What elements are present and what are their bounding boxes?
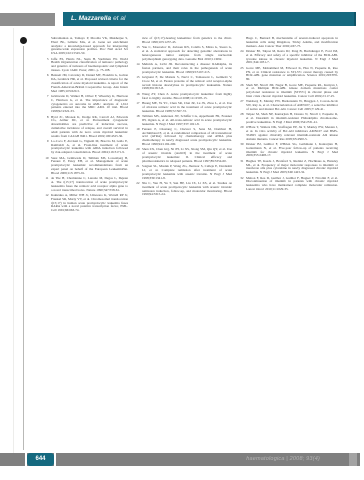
- reference-entry: Subramanian A, Tamayo P, Mootha VK, Mukh…: [42, 37, 128, 56]
- reference-number: 13: [133, 46, 141, 50]
- reference-text: Lo-Coco F, Avvisati G, Vignetti M, Brecc…: [51, 139, 128, 154]
- reference-entry: 26Shah NP, Nicoll JM, Nagar B, Gorre ME,…: [237, 84, 338, 99]
- reference-entry: 14Melnick A, Licht JD. Deconstructing a …: [133, 63, 232, 74]
- reference-number: 28: [237, 113, 245, 117]
- reference-text: Niu C, Yan H, Yu T, Sun HP, Liu JX, Li X…: [142, 181, 232, 196]
- references-column-1: Subramanian A, Tamayo P, Mootha VK, Mukh…: [42, 37, 128, 215]
- reference-number: 22: [133, 182, 141, 186]
- footer-journal-line: haematologica | 2008; 93(4): [246, 453, 320, 466]
- reference-text: Wang ZY, Chen Z. Acute promyelocytic leu…: [142, 92, 232, 100]
- reference-text: Mahon F, Rea D, Guilhot J, Guilhot F, Hu…: [246, 176, 338, 191]
- reference-text: Sanz MA, Grimwade D, Tallman MS, Lowenbe…: [51, 156, 128, 175]
- running-head-bar: L. Mazzarellaet al: [63, 12, 356, 26]
- reference-entry: 16Wang ZY, Chen Z. Acute promyelocytic l…: [133, 93, 232, 101]
- reference-number: 30: [237, 143, 245, 147]
- reference-number: 5: [42, 58, 50, 62]
- reference-entry: 24Druker BJ, Talpaz M, Resta DJ, Peng B,…: [237, 50, 338, 65]
- reference-text: Gorre ME, Mohammed M, Ellwood K, Hsu N, …: [246, 66, 338, 81]
- reference-number: 25: [237, 67, 245, 71]
- reference-number: 29: [237, 126, 245, 130]
- header-gray-tab: [0, 13, 55, 26]
- reference-entry: 27Weisberg E, Manley PW, Breitenstein W,…: [237, 100, 338, 111]
- reference-entry: 5Jaffe ES, Harris NL, Stein H, Vardiman …: [42, 58, 128, 73]
- reference-text: Druker BJ, Talpaz M, Resta DJ, Peng B, B…: [246, 49, 338, 64]
- reference-entry: 12Kakizuka A, Miller WH Jr, Umesono K, W…: [42, 194, 128, 213]
- margin-bullet-icon: [20, 37, 27, 44]
- reference-text: Bennett JM, Catovsky D, Daniel MT, Fland…: [51, 73, 128, 92]
- reference-text: Subramanian A, Tamayo P, Mootha VK, Mukh…: [51, 36, 128, 55]
- reference-entry: 31Hughes TP, Kaeda J, Branford S, Rudzki…: [237, 160, 338, 175]
- reference-text: Hugo C, Bernard B, mechanisms of arsenic…: [246, 36, 338, 48]
- reference-number: 27: [237, 100, 245, 104]
- reference-number: 17: [133, 102, 141, 106]
- reference-number: 16: [133, 93, 141, 97]
- reference-entry: 21Soignet SL, Maslak P, Wang ZG, Jhanwar…: [133, 165, 232, 180]
- margin-vertical-rule: [23, 46, 24, 450]
- reference-entry: 29O'Hare T, Walters DK, Stoffregen EP, J…: [237, 126, 338, 141]
- reference-number: 10: [42, 157, 50, 161]
- reference-entry: 6Bennett JM, Catovsky D, Daniel MT, Flan…: [42, 74, 128, 93]
- reference-text: Huang ME, Ye YC, Chen SR, Chai JR, Lu JX…: [142, 101, 232, 113]
- footer-right-divider: [349, 453, 357, 466]
- reference-entry: 13Yau C, Mouradov D, Jorissen RN, Colell…: [133, 46, 232, 61]
- reference-text: Soignet SL, Maslak P, Wang ZG, Jhanwar S…: [142, 164, 232, 179]
- reference-number: 20: [133, 148, 141, 152]
- reference-text: Tallman MS, Andersen JW, Schiffer CA, Ap…: [142, 114, 232, 126]
- reference-entry: 8Byrd JC, Mrozek K, Dodge RK, Carroll AJ…: [42, 116, 128, 139]
- page-number-badge: 644: [27, 453, 54, 466]
- reference-text: Fenaux P, Chastang C, Chevret S, Sanz M,…: [142, 127, 232, 146]
- reference-text: de The H, Chomienne C, Lanotte M, Degos …: [51, 176, 128, 191]
- running-head-author: L. Mazzarella: [71, 15, 111, 22]
- reference-text: Weisberg E, Manley PW, Breitenstein W, B…: [246, 99, 338, 111]
- reference-entry: 30Druker BJ, Guilhot F, O'Brien SG, Gath…: [237, 143, 338, 158]
- page-edge-line: [13, 28, 14, 466]
- reference-entry: 19Fenaux P, Chastang C, Chevret S, Sanz …: [133, 128, 232, 147]
- reference-entry: 10Sanz MA, Grimwade D, Tallman MS, Lowen…: [42, 157, 128, 176]
- reference-text: O'Hare T, Walters DK, Stoffregen EP, Jia…: [246, 125, 338, 140]
- reference-text: Byrd JC, Mrozek K, Dodge RK, Carroll AJ,…: [51, 115, 128, 138]
- reference-entry: 15Grignani F, De Matteis S, Nervi C, Tom…: [133, 76, 232, 91]
- reference-text: Grignani F, De Matteis S, Nervi C, Tomas…: [142, 75, 232, 90]
- reference-text: Talpaz M, Shah NP, Kantarjian H, Donato …: [246, 112, 338, 124]
- footer-badge-gap-right: [54, 453, 56, 466]
- references-column-3: Hugo C, Bernard B, mechanisms of arsenic…: [237, 37, 338, 193]
- reference-number: 6: [42, 74, 50, 78]
- reference-text: Jaffe ES, Harris NL, Stein H, Vardiman J…: [51, 57, 128, 72]
- reference-number: 8: [42, 116, 50, 120]
- reference-number: 24: [237, 50, 245, 54]
- reference-number: 15: [133, 76, 141, 80]
- reference-number: 31: [237, 160, 245, 164]
- reference-text: Hughes TP, Kaeda J, Branford S, Rudzki Z…: [246, 159, 338, 174]
- reference-text: Shah NP, Nicoll JM, Nagar B, Gorre ME, P…: [246, 83, 338, 98]
- reference-text: Grimwade D, Walker H, Oliver F, Wheatley…: [51, 94, 128, 113]
- reference-text: Shen ZX, Chen GQ, Ni JH, Li XS, Xiong SM…: [142, 147, 232, 162]
- reference-text: Kakizuka A, Miller WH Jr, Umesono K, War…: [51, 193, 128, 212]
- reference-text: Druker BJ, Guilhot F, O'Brien SG, Gathma…: [246, 142, 338, 157]
- reference-entry: riew of t(15;17)-bearing leukemias: from…: [133, 37, 232, 45]
- reference-entry: 11de The H, Chomienne C, Lanotte M, Dego…: [42, 177, 128, 192]
- reference-entry: 9Lo-Coco F, Avvisati G, Vignetti M, Brec…: [42, 140, 128, 155]
- reference-number: 11: [42, 177, 50, 181]
- reference-number: 26: [237, 84, 245, 88]
- reference-entry: 32Mahon F, Rea D, Guilhot J, Guilhot F, …: [237, 177, 338, 192]
- reference-number: 18: [133, 115, 141, 119]
- running-head-suffix: et al: [113, 15, 125, 22]
- reference-number: 19: [133, 128, 141, 132]
- reference-number: 12: [42, 194, 50, 198]
- reference-number: 9: [42, 140, 50, 144]
- reference-entry: 18Tallman MS, Andersen JW, Schiffer CA, …: [133, 115, 232, 126]
- reference-number: 32: [237, 177, 245, 181]
- reference-entry: 28Talpaz M, Shah NP, Kantarjian H, Donat…: [237, 113, 338, 124]
- reference-entry: 22Niu C, Yan H, Yu T, Sun HP, Liu JX, Li…: [133, 182, 232, 197]
- reference-number: 7: [42, 95, 50, 99]
- reference-entry: 25Gorre ME, Mohammed M, Ellwood K, Hsu N…: [237, 67, 338, 82]
- reference-entry: 17Huang ME, Ye YC, Chen SR, Chai JR, Lu …: [133, 102, 232, 113]
- reference-text: Melnick A, Licht JD. Deconstructing a di…: [142, 62, 232, 74]
- reference-entry: 20Shen ZX, Chen GQ, Ni JH, Li XS, Xiong …: [133, 148, 232, 163]
- journal-page: L. Mazzarellaet al Subramanian A, Tamayo…: [0, 0, 364, 480]
- reference-entry: Hugo C, Bernard B, mechanisms of arsenic…: [237, 37, 338, 48]
- reference-number: 21: [133, 165, 141, 169]
- references-column-2: riew of t(15;17)-bearing leukemias: from…: [133, 37, 232, 199]
- reference-text: riew of t(15;17)-bearing leukemias: from…: [142, 36, 232, 44]
- reference-entry: 7Grimwade D, Walker H, Oliver F, Wheatle…: [42, 95, 128, 114]
- reference-number: 14: [133, 63, 141, 67]
- reference-text: Yau C, Mouradov D, Jorissen RN, Colella …: [142, 45, 232, 60]
